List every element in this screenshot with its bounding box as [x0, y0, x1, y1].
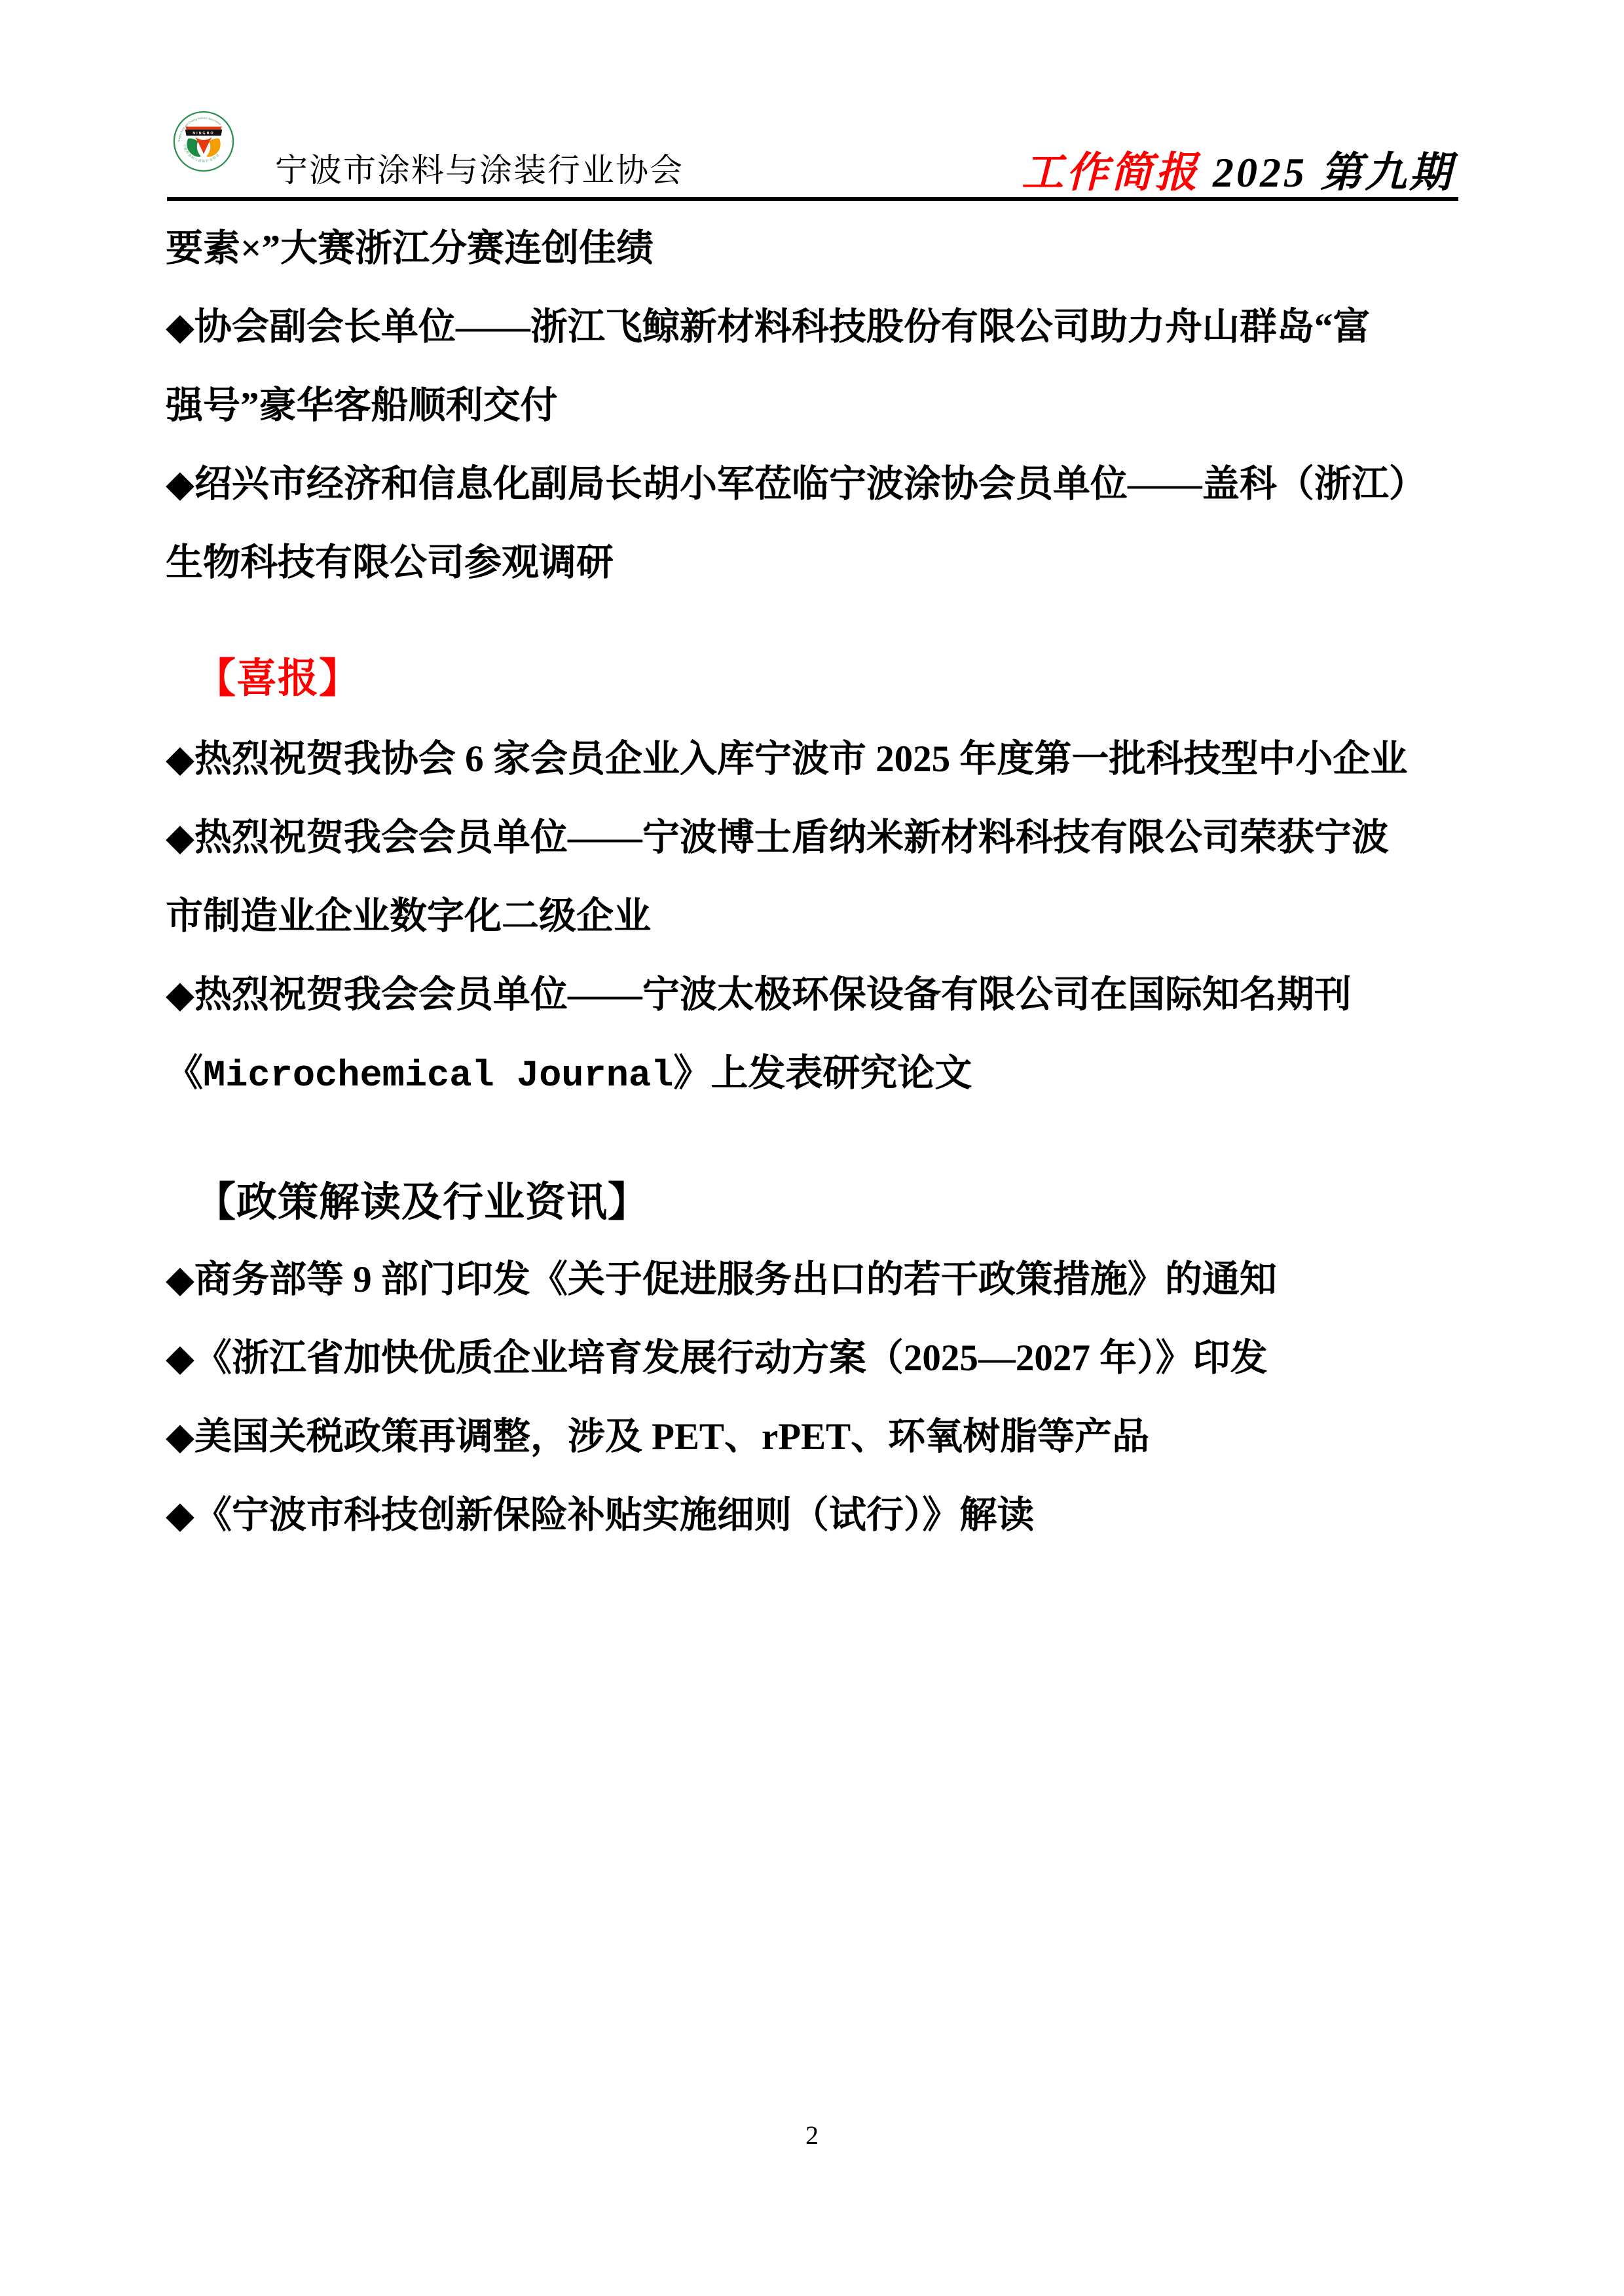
section-heading-policy: 【政策解读及行业资讯】 — [195, 1167, 649, 1239]
toc-line-journal: 《Microchemical Journal》上发表研究论文 — [166, 1034, 1469, 1113]
issue-title-red: 工作简报 — [1022, 149, 1200, 196]
journal-name: Microchemical Journal — [203, 1055, 673, 1097]
toc-line: ◆《浙江省加快优质企业培育发展行动方案（2025—2027 年）》印发 — [166, 1319, 1469, 1398]
header-org-name: 宁波市涂料与涂装行业协会 — [275, 144, 684, 191]
logo-banner-text: NINGBO — [193, 132, 214, 136]
header-rule — [167, 197, 1458, 201]
journal-line-rest: 》上发表研究论文 — [673, 1053, 972, 1094]
header-issue-title: 工作简报 2025 第九期 — [1022, 139, 1454, 199]
toc-line: 市制造业企业数字化二级企业 — [166, 877, 1469, 956]
issue-title-black: 2025 第九期 — [1213, 149, 1454, 196]
page-number: 2 — [0, 2120, 1624, 2151]
toc-line: 强号”豪华客船顺利交付 — [166, 367, 1469, 445]
toc-line: 要素×”大赛浙江分赛连创佳绩 — [166, 210, 1469, 288]
toc-line: ◆热烈祝贺我会会员单位——宁波博士盾纳米新材料科技有限公司荣获宁波 — [166, 799, 1469, 877]
toc-line: 生物科技有限公司参观调研 — [166, 524, 1469, 602]
toc-line: ◆商务部等 9 部门印发《关于促进服务出口的若干政策措施》的通知 — [166, 1241, 1469, 1319]
logo-red-stripe — [185, 126, 222, 129]
association-logo-graphic: Ningbo Paint and Coating Industry Associ… — [172, 110, 235, 173]
toc-line: ◆协会副会长单位——浙江飞鲸新材料科技股份有限公司助力舟山群岛“富 — [166, 288, 1469, 367]
toc-line: ◆热烈祝贺我协会 6 家会员企业入库宁波市 2025 年度第一批科技型中小企业 — [166, 720, 1469, 799]
toc-line: ◆热烈祝贺我会会员单位——宁波太极环保设备有限公司在国际知名期刊 — [166, 956, 1469, 1034]
toc-line: ◆美国关税政策再调整，涉及 PET、rPET、环氧树脂等产品 — [166, 1398, 1469, 1476]
association-logo: Ningbo Paint and Coating Industry Associ… — [172, 110, 235, 173]
newsletter-page: Ningbo Paint and Coating Industry Associ… — [0, 0, 1624, 2296]
journal-line-open: 《 — [166, 1053, 203, 1094]
toc-line: ◆绍兴市经济和信息化副局长胡小军莅临宁波涂协会员单位——盖科（浙江） — [166, 445, 1469, 524]
section-heading-xibao: 【喜报】 — [195, 643, 360, 715]
toc-line: ◆《宁波市科技创新保险补贴实施细则（试行）》解读 — [166, 1476, 1469, 1555]
